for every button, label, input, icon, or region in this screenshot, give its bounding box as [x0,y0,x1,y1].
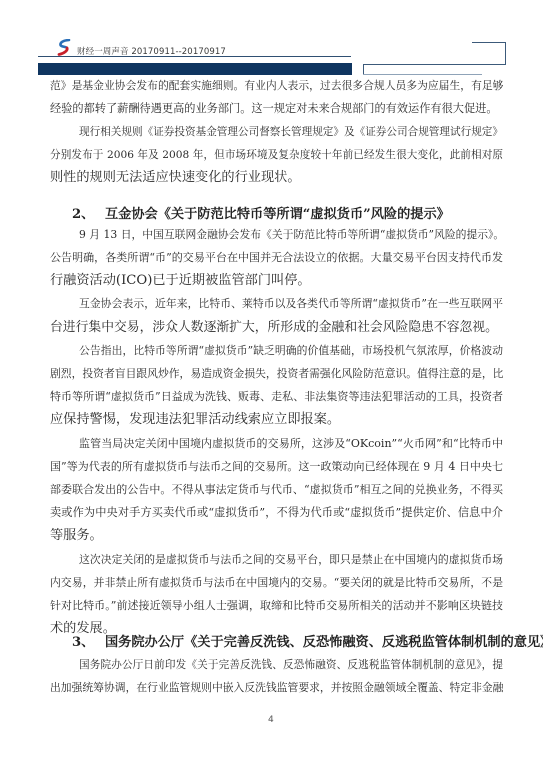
text-line: 国务院办公厅日前印发《关于完善反洗钱、反恐怖融资、反逃税监管体制机制的意见》，提 [79,656,503,674]
text-line: 分别发布于 2006 年及 2008 年，但市场环境及复杂度较十年前已经发生很大… [50,146,503,164]
text-line: 监管当局决定关闭中国境内虚拟货币的交易所，这涉及“OKcoin”“火币网”和“比… [79,435,503,453]
header-frame-decoration [472,42,505,43]
text-line: 互金协会表示，近年来，比特币、莱特币以及各类代币等所谓“虚拟货币”在一些互联网平 [79,295,503,313]
header-frame-decoration [363,64,506,65]
header-rule-divider [38,56,351,57]
text-line: 这次决定关闭的是虚拟货币与法币之间的交易平台，即只是禁止在中国境内的虚拟货币场 [79,551,503,569]
text-line: 应保持警惕，发现违法犯罪活动线索应立即报案。 [50,411,503,429]
publication-logo-icon [57,39,71,56]
text-line: 公告指出，比特币等所谓“虚拟货币”缺乏明确的价值基础，市场投机气氛浓厚，价格波动 [79,342,503,360]
text-line: 行融资活动(ICO)已于近期被监管部门叫停。 [50,272,503,290]
text-line: 公告明确，各类所谓“币”的交易平台在中国并无合法设立的依据。大量交易平台因支持代… [50,249,503,267]
section-heading-title: 互金协会《关于防范比特币等所谓“虚拟货币”风险的提示》 [105,206,450,224]
document-page: 财经一周声音 20170911--20170917 范》是基金业协会发布的配套实… [0,0,543,768]
text-line: 卖或作为中央对手方买卖代币或“虚拟货币”，不得为代币或“虚拟货币”提供定价、信息… [50,504,503,522]
header-frame-decoration [363,64,364,74]
text-line: 剧烈，投资者盲目跟风炒作，易造成资金损失，投资者需强化风险防范意识。值得注意的是… [50,365,503,383]
section-heading-number: 2、 [72,206,94,224]
header-frame-decoration [505,42,506,65]
section-heading-title: 国务院办公厅《关于完善反洗钱、反恐怖融资、反逃税监管体制机制的意见》 [105,634,543,652]
text-line: 经验的都转了薪酬待遇更高的业务部门。这一规定对未来合规部门的有效运作有很大促进。 [50,100,503,118]
text-line: 现行相关规则《证券投资基金管理公司督察长管理规定》及《证券公司合规管理试行规定》 [79,123,503,141]
header-frame-decoration [363,74,482,75]
text-line: 台进行集中交易，涉众人数逐渐扩大，所形成的金融和社会风险隐患不容忽视。 [50,319,503,337]
header-band [38,63,352,75]
text-line: 范》是基金业协会发布的配套实施细则。有业内人表示，过去很多合规人员多为应届生，有… [50,77,503,95]
text-line: 国”等为代表的所有虚拟货币与法币之间的交易所。这一政策动向已经体现在 9 月 4… [50,458,503,476]
text-line: 9 月 13 日，中国互联网金融协会发布《关于防范比特币等所谓“虚拟货币”风险的… [79,226,503,244]
text-line: 部委联合发出的公告中。不得从事法定货币与代币、“虚拟货币”相互之间的兑换业务，不… [50,481,503,499]
text-line: 等服务。 [50,527,503,545]
text-line: 内交易，并非禁止所有虚拟货币与法币在中国境内的交易。“要关闭的就是比特币交易所，… [50,574,503,592]
text-line: 出加强统筹协调，在行业监管规则中嵌入反洗钱监管要求，并按照金融领域全覆盖、特定非… [50,679,503,697]
text-line: 针对比特币。”前述接近领导小组人士强调，取缔和比特币交易所相关的活动并不影响区块… [50,597,503,615]
section-heading-number: 3、 [72,634,94,652]
text-line: 特币等所谓“虚拟货币”日益成为洗钱、贩毒、走私、非法集资等违法犯罪活动的工具，投… [50,388,503,406]
page-number: 4 [268,715,274,725]
text-line: 则性的规则无法适应快速变化的行业现状。 [50,169,503,187]
